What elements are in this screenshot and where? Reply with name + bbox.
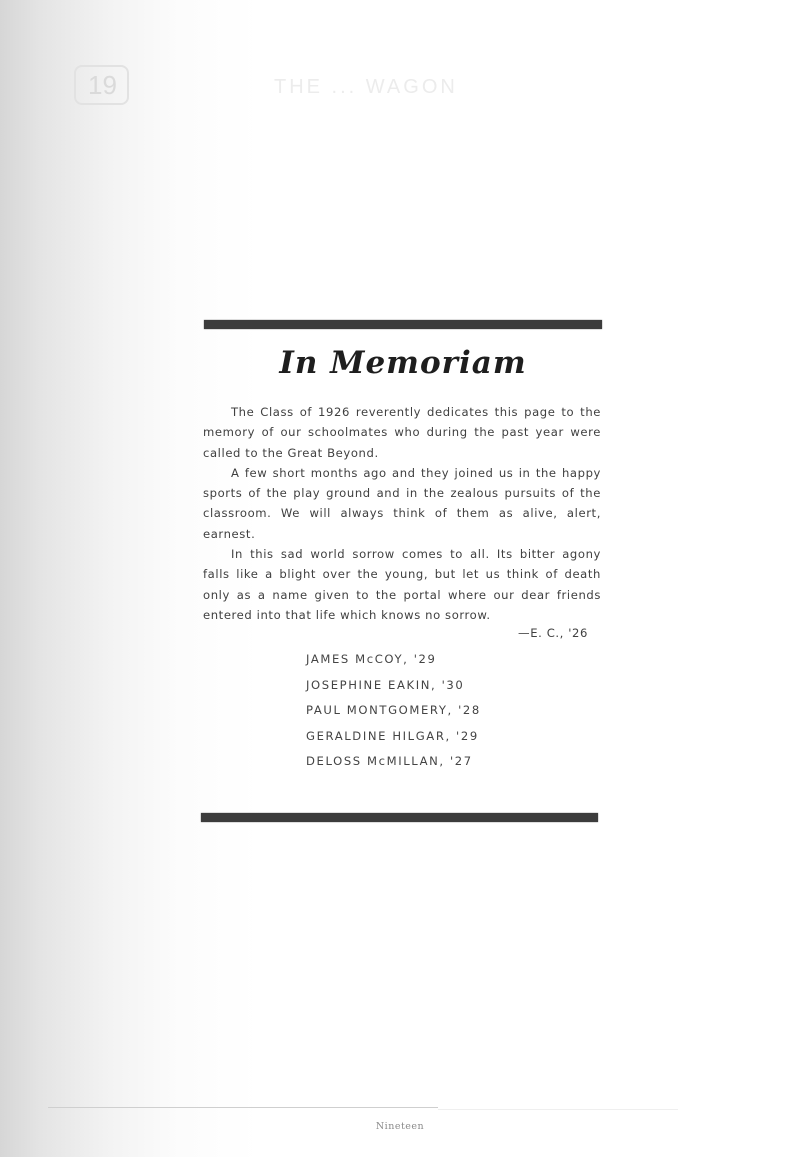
footer-divider-faint (438, 1109, 678, 1110)
bleed-through-header: 19 THE ... WAGON (74, 60, 514, 105)
paragraph: In this sad world sorrow comes to all. I… (203, 544, 601, 625)
paragraph: A few short months ago and they joined u… (203, 463, 601, 544)
names-list: JAMES McCOY, '29 JOSEPHINE EAKIN, '30 PA… (306, 650, 481, 778)
name-item: JOSEPHINE EAKIN, '30 (306, 676, 481, 702)
name-item: DELOSS McMILLAN, '27 (306, 752, 481, 778)
page-number-label: Nineteen (0, 1121, 800, 1132)
bleed-through-page-number: 19 (74, 65, 129, 105)
signature: —E. C., '26 (518, 626, 588, 640)
top-black-rule (204, 320, 602, 329)
dedication-text: The Class of 1926 reverently dedicates t… (203, 402, 601, 625)
paragraph: The Class of 1926 reverently dedicates t… (203, 402, 601, 463)
name-item: PAUL MONTGOMERY, '28 (306, 701, 481, 727)
footer-divider (48, 1107, 438, 1108)
name-item: GERALDINE HILGAR, '29 (306, 727, 481, 753)
name-item: JAMES McCOY, '29 (306, 650, 481, 676)
page-title: In Memoriam (204, 345, 602, 381)
bottom-black-rule (201, 813, 598, 822)
bleed-through-title: THE ... WAGON (274, 76, 458, 99)
